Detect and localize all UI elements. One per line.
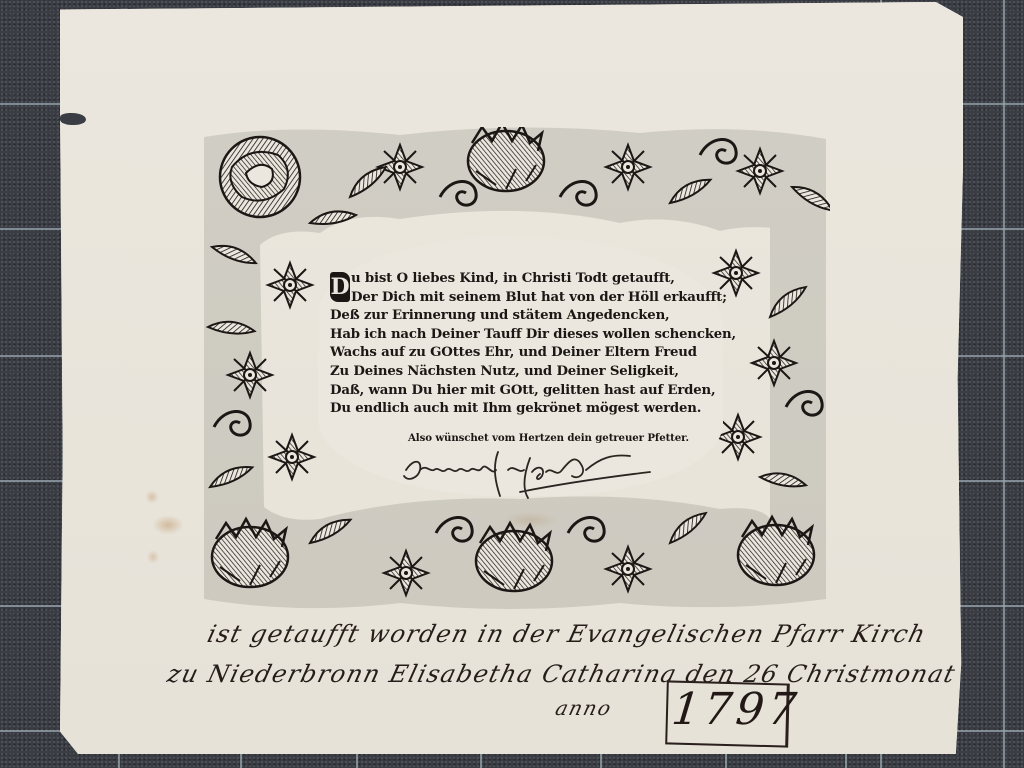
verse-line: Daß, wann Du hier mit GOtt, gelitten has…	[330, 382, 730, 401]
verse-line: Hab ich nach Deiner Tauff Dir dieses wol…	[330, 326, 730, 345]
verse-line: Wachs auf zu GOttes Ehr, und Deiner Elte…	[330, 344, 730, 363]
handwritten-note-line-1: ist getaufft worden in der Evangelischen…	[205, 620, 930, 648]
verse-line: Du endlich auch mit Ihm gekrönet mögest …	[330, 400, 730, 419]
paper-tear	[60, 113, 86, 125]
handwritten-note-line-3: anno	[553, 696, 615, 720]
handwritten-year: 1797	[669, 684, 802, 735]
verse-line: Zu Deines Nächsten Nutz, und Deiner Seli…	[330, 363, 730, 382]
printed-verse: D u bist O liebes Kind, in Christi Todt …	[330, 270, 730, 419]
mat-grid-line	[1003, 0, 1005, 768]
handwritten-note-line-2: zu Niederbronn Elisabetha Catharina den …	[165, 660, 960, 688]
verse-line: u bist O liebes Kind, in Christi Todt ge…	[330, 270, 730, 289]
dropcap: D	[330, 272, 350, 302]
handwritten-signature: Heinrich Hoyer	[400, 448, 660, 504]
verse-line: Der Dich mit seinem Blut hat von der Höl…	[330, 289, 730, 308]
verse-line: Deß zur Erinnerung und stätem Angedencke…	[330, 307, 730, 326]
closing-wish: Also wünschet vom Hertzen dein getreuer …	[408, 432, 689, 444]
